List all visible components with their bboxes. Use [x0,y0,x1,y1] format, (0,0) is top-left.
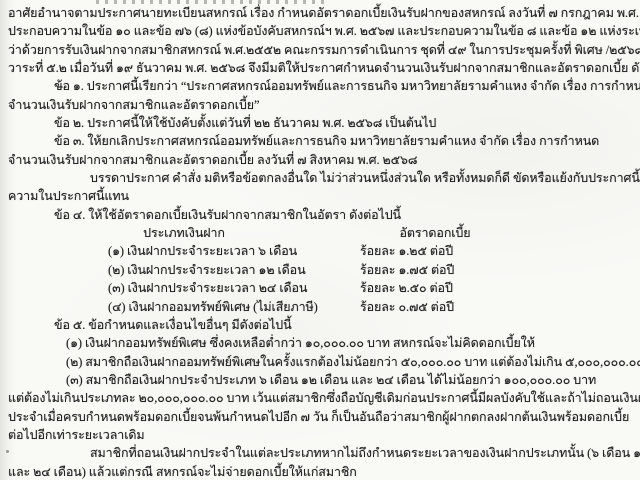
deposit-type-cell: (๔) เงินฝากออมทรัพย์พิเศษ (ไม่เสียภาษี) [8,298,360,316]
doc-clause-3: ข้อ ๓. ให้ยกเลิกประกาศสหกรณ์ออมทรัพย์และ… [8,132,634,150]
doc-line: อาศัยอำนาจตามประกาศนายทะเบียนสหกรณ์ เรื่… [8,4,634,22]
doc-clause-2: ข้อ ๒. ประกาศนี้ให้ใช้บังคับตั้งแต่วันที… [8,114,634,132]
interest-rate-cell: ร้อยละ ๐.๗๕ ต่อปี [360,298,530,316]
document-page: อาศัยอำนาจตามประกาศนายทะเบียนสหกรณ์ เรื่… [0,0,640,480]
doc-condition: (๑) เงินฝากออมทรัพย์พิเศษ ซึ่งคงเหลือต่ำ… [8,334,634,352]
table-row: (๑) เงินฝากประจำระยะเวลา ๖ เดือน ร้อยละ … [8,242,634,260]
doc-line: ความในประกาศนี้แทน [8,187,634,205]
deposit-type-cell: (๓) เงินฝากประจำระยะเวลา ๒๔ เดือน [8,279,360,297]
doc-clause-5: ข้อ ๕. ข้อกำหนดและเงื่อนไขอื่นๆ มีดังต่อ… [8,316,634,334]
cut-off-line-artifact [96,0,328,4]
doc-line: จำนวนเงินรับฝากจากสมาชิกและอัตราดอกเบี้ย… [8,151,634,169]
table-row: (๔) เงินฝากออมทรัพย์พิเศษ (ไม่เสียภาษี) … [8,298,634,316]
doc-line: สมาชิกที่ถอนเงินฝากประจำในแต่ละประเภทหาก… [8,444,634,462]
interest-rate-header: อัตราดอกเบี้ย [360,224,510,242]
doc-condition: (๒) สมาชิกถือเงินฝากออมทรัพย์พิเศษในครั้… [8,353,634,371]
doc-line: ต่อไปอีกเท่าระยะเวลาเดิม [8,426,634,444]
interest-rate-cell: ร้อยละ ๑.๒๕ ต่อปี [360,242,530,260]
interest-rate-cell: ร้อยละ ๒.๕๐ ต่อปี [360,279,530,297]
table-row: (๓) เงินฝากประจำระยะเวลา ๒๔ เดือน ร้อยละ… [8,279,634,297]
doc-clause-4: ข้อ ๔. ให้ใช้อัตราดอกเบี้ยเงินรับฝากจากส… [8,206,634,224]
doc-condition: (๓) สมาชิกถือเงินฝากประจำประเภท ๖ เดือน … [8,371,634,389]
doc-line: วาระที่ ๕.๒ เมื่อวันที่ ๑๙ ธันวาคม พ.ศ. … [8,59,634,77]
doc-line: แต่ต้องไม่เกินประเภทละ ๒๐,๐๐๐,๐๐๐.๐๐ บาท… [8,389,634,407]
doc-clause-1: ข้อ ๑. ประกาศนี้เรียกว่า “ประกาศสหกรณ์ออ… [8,77,634,95]
scan-artifact [57,86,63,88]
doc-line: ว่าด้วยการรับเงินฝากจากสมาชิกสหกรณ์ พ.ศ.… [8,41,634,59]
rates-table-header: ประเภทเงินฝาก อัตราดอกเบี้ย [8,224,634,242]
doc-line: จำนวนเงินรับฝากจากสมาชิกและอัตราดอกเบี้ย… [8,96,634,114]
scan-artifact [6,450,9,453]
doc-line: ประจำเมื่อครบกำหนดพร้อมดอกเบี้ยจนพ้นกำหน… [8,408,634,426]
deposit-type-cell: (๒) เงินฝากประจำระยะเวลา ๑๒ เดือน [8,261,360,279]
table-row: (๒) เงินฝากประจำระยะเวลา ๑๒ เดือน ร้อยละ… [8,261,634,279]
interest-rate-cell: ร้อยละ ๑.๗๕ ต่อปี [360,261,530,279]
doc-line: บรรดาประกาศ คำสั่ง มติหรือข้อตกลงอื่นใด … [8,169,634,187]
deposit-type-header: ประเภทเงินฝาก [8,224,360,242]
doc-line: ประกอบความในข้อ ๑๐ และข้อ ๗๖ (๘) แห่งข้อ… [8,22,634,40]
doc-line: และ ๒๔ เดือน) แล้วแต่กรณี สหกรณ์จะไม่จ่า… [8,463,634,480]
rates-table: ประเภทเงินฝาก อัตราดอกเบี้ย (๑) เงินฝากป… [8,224,634,316]
deposit-type-cell: (๑) เงินฝากประจำระยะเวลา ๖ เดือน [8,242,360,260]
